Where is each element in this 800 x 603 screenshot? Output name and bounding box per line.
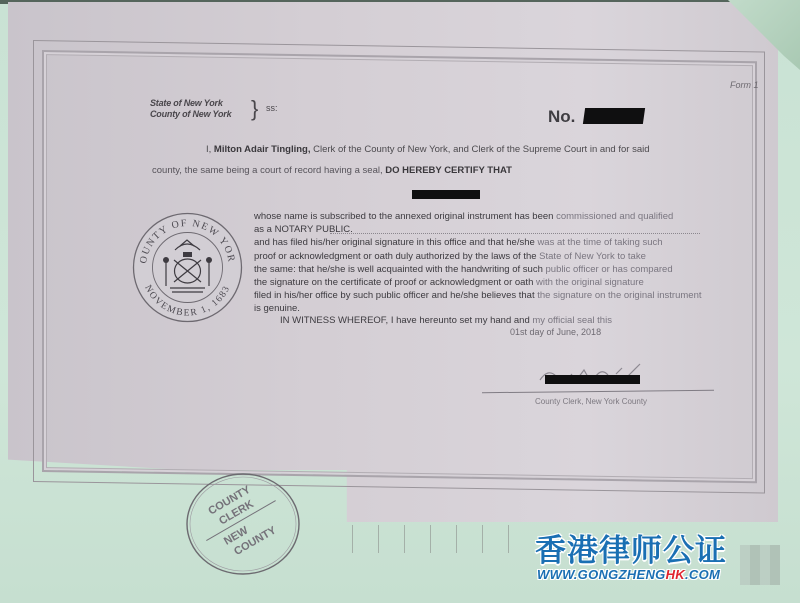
clerk-name: Milton Adair Tingling, <box>214 144 311 155</box>
venue-brace: } <box>251 96 258 122</box>
perforation-mark <box>430 525 431 553</box>
county-seal-icon: COUNTY OF NEW YORK NOVEMBER 1, 1683 <box>130 210 245 325</box>
body-line: the signature on the certificate of proo… <box>254 276 702 289</box>
body-line: and has filed his/her original signature… <box>254 236 702 249</box>
watermark-url-highlight: HK <box>666 567 685 582</box>
watermark-url-prefix: WWW.GONGZHENG <box>537 567 666 582</box>
county-clerk-stamp-icon: COUNTY CLERK NEW COUNTY <box>183 470 303 578</box>
witness-faded: my official seal this <box>532 315 612 326</box>
perforation-mark <box>404 525 405 553</box>
certificate-body: whose name is subscribed to the annexed … <box>254 210 702 316</box>
form-label: Form 1 <box>730 80 759 90</box>
clerk-intro-line: I, Milton Adair Tingling, Clerk of the C… <box>206 144 650 155</box>
pixelated-area <box>740 545 780 585</box>
certificate-number-redaction <box>583 108 645 124</box>
body-line: as a NOTARY PUBLIC. <box>254 223 702 236</box>
watermark-chinese: 香港律师公证 <box>535 525 727 570</box>
notary-name-redaction <box>412 190 480 199</box>
body-line: filed in his/her office by such public o… <box>254 289 702 302</box>
witness-line: IN WITNESS WHEREOF, I have hereunto set … <box>280 315 612 326</box>
court-line-text: county, the same being a court of record… <box>152 165 385 176</box>
perforation-mark <box>456 525 457 553</box>
perforation-mark <box>508 525 509 553</box>
dotted-rule <box>330 233 700 234</box>
venue-state: State of New York <box>150 98 231 109</box>
clerk-intro-prefix: I, <box>206 144 214 155</box>
watermark-url: WWW.GONGZHENGHK.COM <box>537 567 720 582</box>
signature-redaction <box>545 375 640 384</box>
body-line: whose name is subscribed to the annexed … <box>254 210 702 223</box>
court-line: county, the same being a court of record… <box>152 165 512 176</box>
body-line: proof or acknowledgment or oath duly aut… <box>254 250 702 263</box>
body-line: the same: that he/she is well acquainted… <box>254 263 702 276</box>
witness-main: IN WITNESS WHEREOF, I have hereunto set … <box>280 315 532 326</box>
perforation-mark <box>352 525 353 553</box>
certify-heading: DO HEREBY CERTIFY THAT <box>385 165 512 176</box>
perforation-mark <box>378 525 379 553</box>
signature-caption: County Clerk, New York County <box>535 397 647 406</box>
venue-ss: ss: <box>266 103 278 113</box>
venue-county: County of New York <box>150 109 231 120</box>
certificate-number-label: No. <box>548 107 575 127</box>
venue-block: State of New York County of New York <box>150 98 231 120</box>
body-line: is genuine. <box>254 302 702 315</box>
perforation-mark <box>482 525 483 553</box>
clerk-intro-text: Clerk of the County of New York, and Cle… <box>311 144 650 155</box>
watermark-url-suffix: .COM <box>685 567 720 582</box>
certificate-date: 01st day of June, 2018 <box>510 327 601 337</box>
